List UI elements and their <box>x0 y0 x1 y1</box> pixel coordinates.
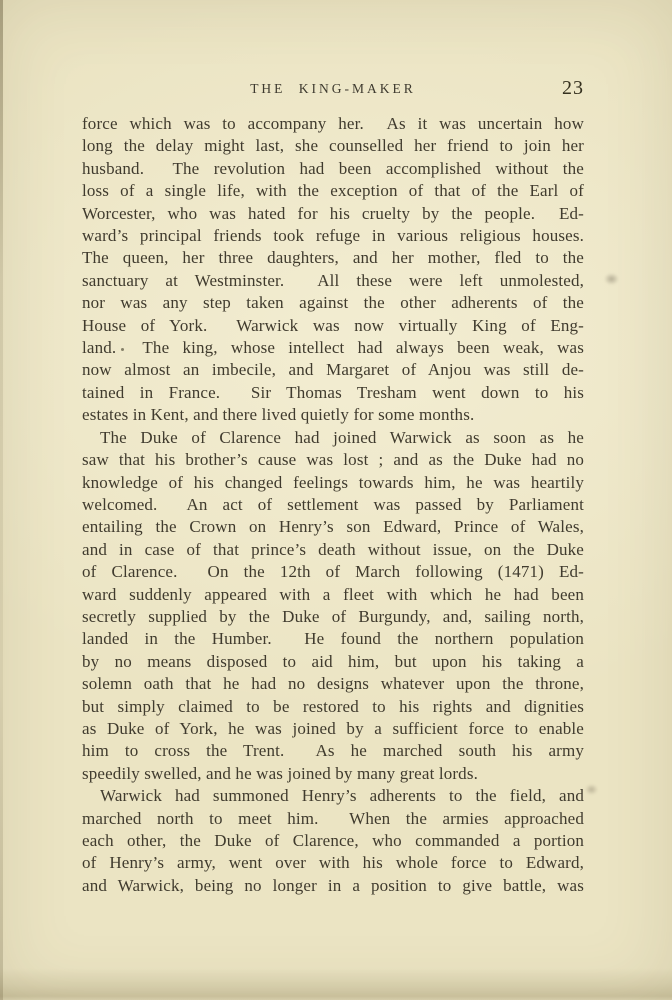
text-line: knowledge of his changed feelings toward… <box>82 472 584 494</box>
text-line: The queen, her three daughters, and her … <box>82 247 584 269</box>
text-line: speedily swelled, and he was joined by m… <box>82 763 584 785</box>
text-line: by no means disposed to aid him, but upo… <box>82 651 584 673</box>
running-head: THE KING-MAKER 23 <box>82 72 584 100</box>
ink-smudge <box>604 273 619 285</box>
paragraph: The Duke of Clarence had joined Warwick … <box>82 427 584 786</box>
text-line: but simply claimed to be restored to his… <box>82 696 584 718</box>
text-line: as Duke of York, he was joined by a suff… <box>82 718 584 740</box>
text-line: landed in the Humber. He found the north… <box>82 628 584 650</box>
ink-smudge <box>585 784 598 795</box>
text-line: Worcester, who was hated for his cruelty… <box>82 203 584 225</box>
text-line: of Henry’s army, went over with his whol… <box>82 852 584 874</box>
paragraph: force which was to accompany her. As it … <box>82 113 584 427</box>
text-line: him to cross the Trent. As he marched so… <box>82 740 584 762</box>
text-line: husband. The revolution had been accompl… <box>82 158 584 180</box>
text-line: nor was any step taken against the other… <box>82 292 584 314</box>
text-line: ward suddenly appeared with a fleet with… <box>82 584 584 606</box>
text-line: welcomed. An act of settlement was passe… <box>82 494 584 516</box>
text-line: and in case of that prince’s death witho… <box>82 539 584 561</box>
text-line: secretly supplied by the Duke of Burgund… <box>82 606 584 628</box>
text-line: each other, the Duke of Clarence, who co… <box>82 830 584 852</box>
running-title: THE KING-MAKER <box>82 81 584 97</box>
text-line: solemn oath that he had no designs whate… <box>82 673 584 695</box>
text-line: The Duke of Clarence had joined Warwick … <box>82 427 584 449</box>
text-line: saw that his brother’s cause was lost ; … <box>82 449 584 471</box>
text-line: estates in Kent, and there lived quietly… <box>82 404 584 426</box>
text-line: of Clarence. On the 12th of March follow… <box>82 561 584 583</box>
text-line: and Warwick, being no longer in a positi… <box>82 875 584 897</box>
text-line: House of York. Warwick was now virtually… <box>82 315 584 337</box>
paragraph: Warwick had summoned Henry’s adherents t… <box>82 785 584 897</box>
text-line: Warwick had summoned Henry’s adherents t… <box>82 785 584 807</box>
body-text: force which was to accompany her. As it … <box>82 113 584 897</box>
book-page: THE KING-MAKER 23 force which was to acc… <box>0 0 672 1000</box>
text-line: tained in France. Sir Thomas Tresham wen… <box>82 382 584 404</box>
text-line: long the delay might last, she counselle… <box>82 135 584 157</box>
text-line: force which was to accompany her. As it … <box>82 113 584 135</box>
text-line: marched north to meet him. When the armi… <box>82 808 584 830</box>
ink-speck <box>121 348 124 351</box>
page-bottom-shadow <box>0 968 672 1000</box>
text-line: entailing the Crown on Henry’s son Edwar… <box>82 516 584 538</box>
page-gutter-shadow <box>0 0 3 1000</box>
text-line: ward’s principal friends took refuge in … <box>82 225 584 247</box>
page-number: 23 <box>562 77 584 100</box>
text-line: land. The king, whose intellect had alwa… <box>82 337 584 359</box>
text-line: sanctuary at Westminster. All these were… <box>82 270 584 292</box>
text-line: loss of a single life, with the exceptio… <box>82 180 584 202</box>
text-line: now almost an imbecile, and Margaret of … <box>82 359 584 381</box>
